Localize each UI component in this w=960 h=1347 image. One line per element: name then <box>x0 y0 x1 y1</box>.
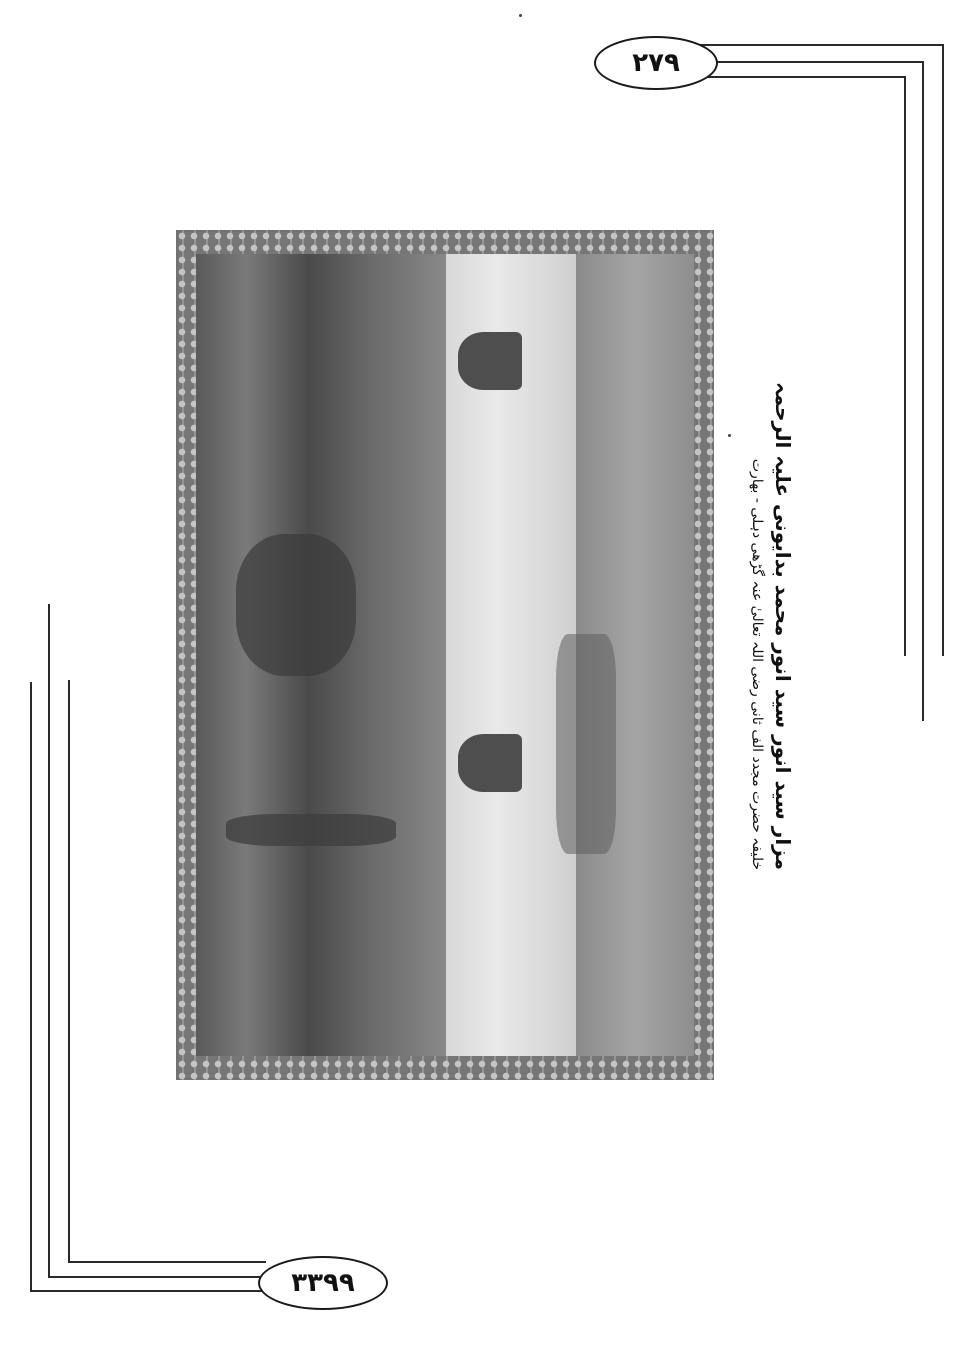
caption-subtitle: خلیفہ حضرت مجدد الف ثانی رضی اللہ تعالیٰ… <box>746 470 768 870</box>
headstone-top <box>458 332 522 390</box>
tomb-photograph <box>196 254 694 1056</box>
caption-title: مزار سید انور سید انور محمد بدایونی علیہ… <box>768 470 798 870</box>
photo-frame <box>176 230 714 1080</box>
headstone-bottom <box>458 734 522 792</box>
bottom-page-number: ۳۳۹۹ <box>258 1256 388 1310</box>
photo-caption: مزار سید انور سید انور محمد بدایونی علیہ… <box>722 470 822 870</box>
top-page-number: ۲۷۹ <box>594 36 718 90</box>
speck <box>728 434 731 437</box>
speck <box>519 14 522 17</box>
